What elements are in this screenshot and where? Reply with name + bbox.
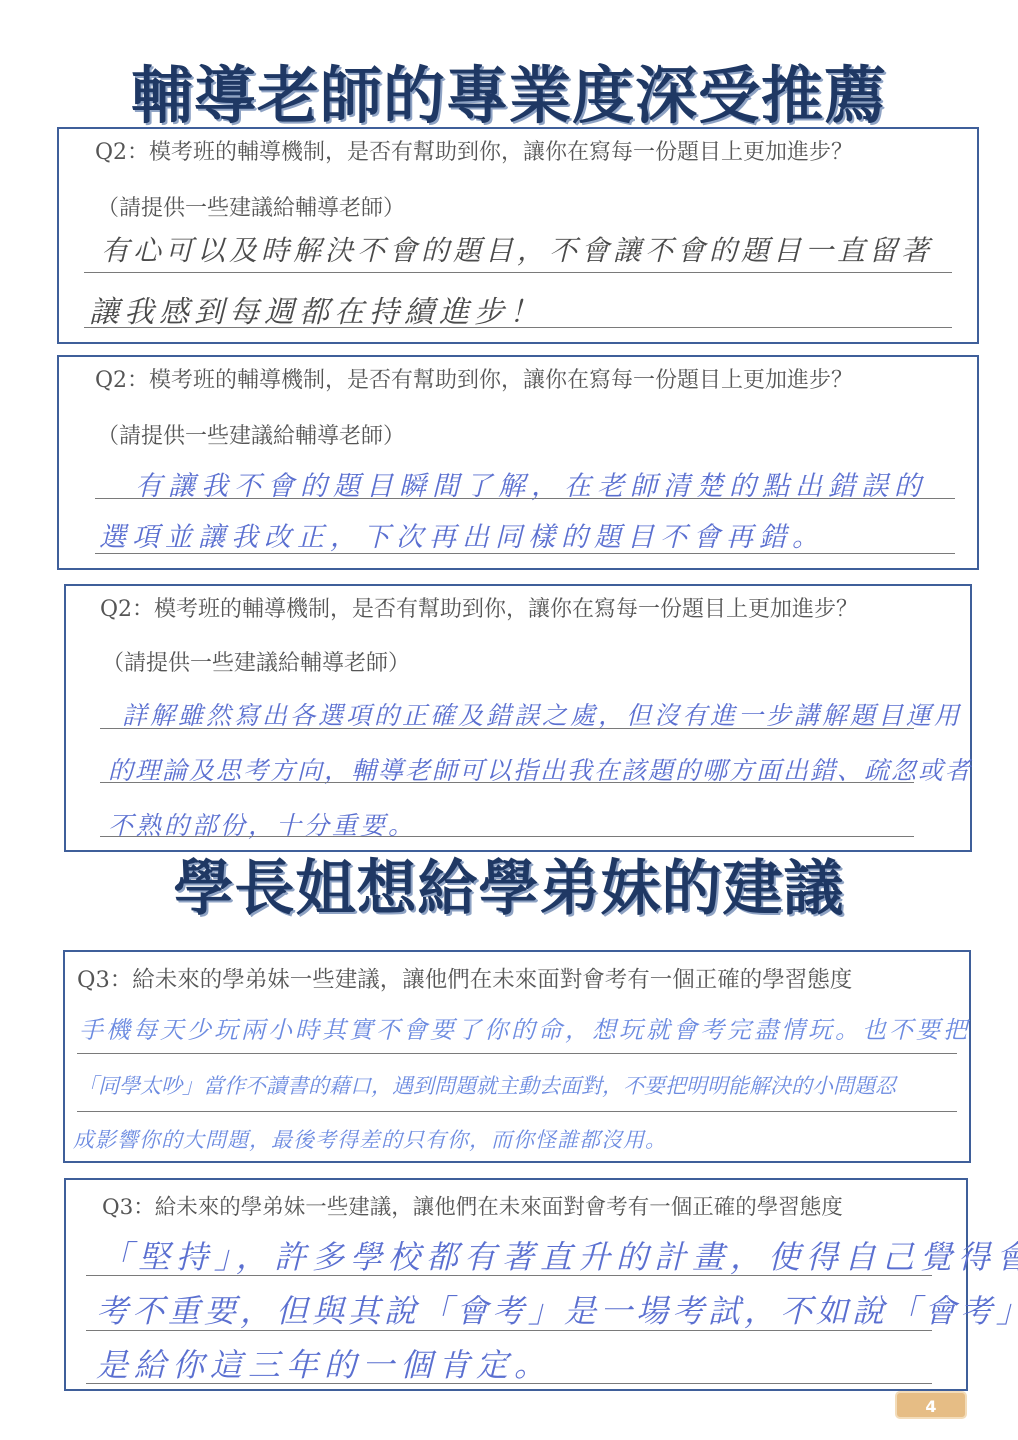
question-text: Q2：模考班的輔導機制，是否有幫助到你，讓你在寫每一份題目上更加進步？	[100, 592, 858, 623]
handwritten-answer-line: 讓我感到每週都在持續進步！	[89, 287, 544, 331]
answer-rule	[86, 1275, 932, 1276]
question-text: Q3：給未來的學弟妹一些建議，讓他們在未來面對會考有一個正確的學習態度	[77, 962, 852, 994]
handwritten-answer-line: 選項並讓我改正，下次再出同樣的題目不會再錯。	[99, 515, 825, 554]
feedback-card-2: Q2：模考班的輔導機制，是否有幫助到你，讓你在寫每一份題目上更加進步？ （請提供…	[57, 355, 979, 570]
answer-rule	[84, 327, 952, 328]
answer-rule	[100, 836, 914, 837]
answer-rule	[77, 1053, 957, 1054]
handwritten-answer-line: 「同學太吵」當作不讀書的藉口，遇到問題就主動去面對，不要把明明能解決的小問題忍	[77, 1070, 896, 1100]
answer-rule	[84, 272, 952, 273]
answer-rule	[95, 498, 955, 499]
handwritten-answer-line: 「堅持」，許多學校都有著直升的計畫，使得自己覺得會	[100, 1232, 1018, 1278]
question-text: Q2：模考班的輔導機制，是否有幫助到你，讓你在寫每一份題目上更加進步？	[95, 363, 853, 394]
answer-rule	[100, 728, 914, 729]
answer-rule	[86, 1330, 932, 1331]
answer-rule	[86, 1383, 932, 1384]
answer-rule	[95, 553, 955, 554]
answer-rule	[77, 1111, 957, 1112]
handwritten-answer-line: 考不重要，但與其說「會考」是一場考試，不如說「會考」	[96, 1286, 1018, 1332]
section-title-senior-advice: 學長姐想給學弟妹的建議	[0, 852, 1018, 926]
handwritten-answer-line: 手機每天少玩兩小時其實不會要了你的命，想玩就會考完盡情玩。也不要把	[79, 1010, 970, 1045]
prompt-text: （請提供一些建議給輔導老師）	[97, 419, 405, 450]
section-title-teacher-recommendation: 輔導老師的專業度深受推薦	[0, 58, 1018, 134]
question-text: Q3：給未來的學弟妹一些建議，讓他們在未來面對會考有一個正確的學習態度	[102, 1190, 843, 1221]
page-number-badge: 4	[895, 1391, 967, 1419]
handwritten-answer-line: 成影響你的大問題，最後考得差的只有你，而你怪誰都沒用。	[73, 1124, 667, 1154]
answer-rule	[100, 782, 914, 783]
question-text: Q2：模考班的輔導機制，是否有幫助到你，讓你在寫每一份題目上更加進步？	[95, 135, 853, 166]
prompt-text: （請提供一些建議給輔導老師）	[102, 646, 410, 677]
advice-card-1: Q3：給未來的學弟妹一些建議，讓他們在未來面對會考有一個正確的學習態度 手機每天…	[63, 950, 971, 1163]
feedback-card-3: Q2：模考班的輔導機制，是否有幫助到你，讓你在寫每一份題目上更加進步？ （請提供…	[64, 584, 972, 852]
advice-card-2: Q3：給未來的學弟妹一些建議，讓他們在未來面對會考有一個正確的學習態度 「堅持」…	[64, 1178, 968, 1391]
prompt-text: （請提供一些建議給輔導老師）	[97, 191, 405, 222]
feedback-card-1: Q2：模考班的輔導機制，是否有幫助到你，讓你在寫每一份題目上更加進步？ （請提供…	[57, 127, 979, 344]
handwritten-answer-line: 詳解雖然寫出各選項的正確及錯誤之處，但沒有進一步講解題目運用	[122, 696, 962, 732]
handwritten-answer-line: 有心可以及時解決不會的題目，不會讓不會的題目一直留著	[101, 229, 933, 269]
handwritten-answer-line: 是給你這三年的一個肯定。	[96, 1340, 552, 1386]
